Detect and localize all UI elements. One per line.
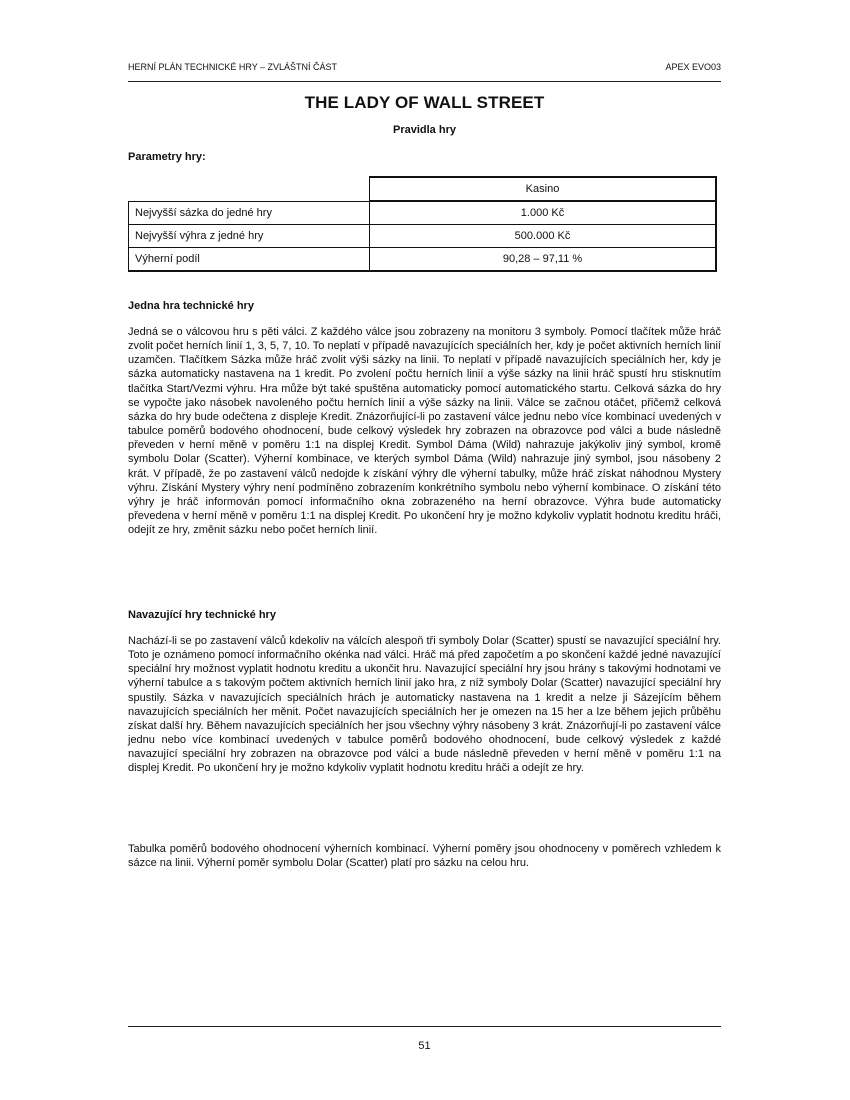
table-row: Nejvyšší sázka do jedné hry 1.000 Kč bbox=[129, 201, 717, 225]
parameters-label: Parametry hry: bbox=[128, 151, 206, 163]
page-number: 51 bbox=[128, 1040, 721, 1052]
running-header-left: HERNÍ PLÁN TECHNICKÉ HRY – ZVLÁŠTNÍ ČÁST bbox=[128, 62, 337, 72]
header-rule bbox=[128, 81, 721, 82]
parameter-value: 1.000 Kč bbox=[370, 201, 717, 225]
footer-rule bbox=[128, 1026, 721, 1027]
paragraph-bonus-games: Nachází-li se po zastavení válců kdekoli… bbox=[128, 634, 721, 776]
parameter-label: Nejvyšší sázka do jedné hry bbox=[129, 201, 370, 225]
parameters-table-header-row: Kasino bbox=[129, 177, 717, 201]
paragraph-paytable-note: Tabulka poměrů bodového ohodnocení výher… bbox=[128, 842, 721, 870]
table-row: Výherní podíl 90,28 – 97,11 % bbox=[129, 248, 717, 272]
parameter-value: 500.000 Kč bbox=[370, 225, 717, 248]
parameters-column-header: Kasino bbox=[370, 177, 717, 201]
parameter-label: Výherní podíl bbox=[129, 248, 370, 272]
document-subtitle: Pravidla hry bbox=[128, 124, 721, 136]
parameter-value: 90,28 – 97,11 % bbox=[370, 248, 717, 272]
table-row: Nejvyšší výhra z jedné hry 500.000 Kč bbox=[129, 225, 717, 248]
document-title: THE LADY OF WALL STREET bbox=[128, 93, 721, 113]
parameter-label: Nejvyšší výhra z jedné hry bbox=[129, 225, 370, 248]
running-header: HERNÍ PLÁN TECHNICKÉ HRY – ZVLÁŠTNÍ ČÁST… bbox=[128, 62, 721, 72]
section-heading-bonus-games: Navazující hry technické hry bbox=[128, 609, 276, 621]
parameters-table-corner-cell bbox=[129, 177, 370, 201]
running-header-right: APEX EVO03 bbox=[665, 62, 721, 72]
paragraph-single-game: Jedná se o válcovou hru s pěti válci. Z … bbox=[128, 325, 721, 537]
parameters-table: Kasino Nejvyšší sázka do jedné hry 1.000… bbox=[128, 176, 717, 272]
section-heading-single-game: Jedna hra technické hry bbox=[128, 300, 254, 312]
